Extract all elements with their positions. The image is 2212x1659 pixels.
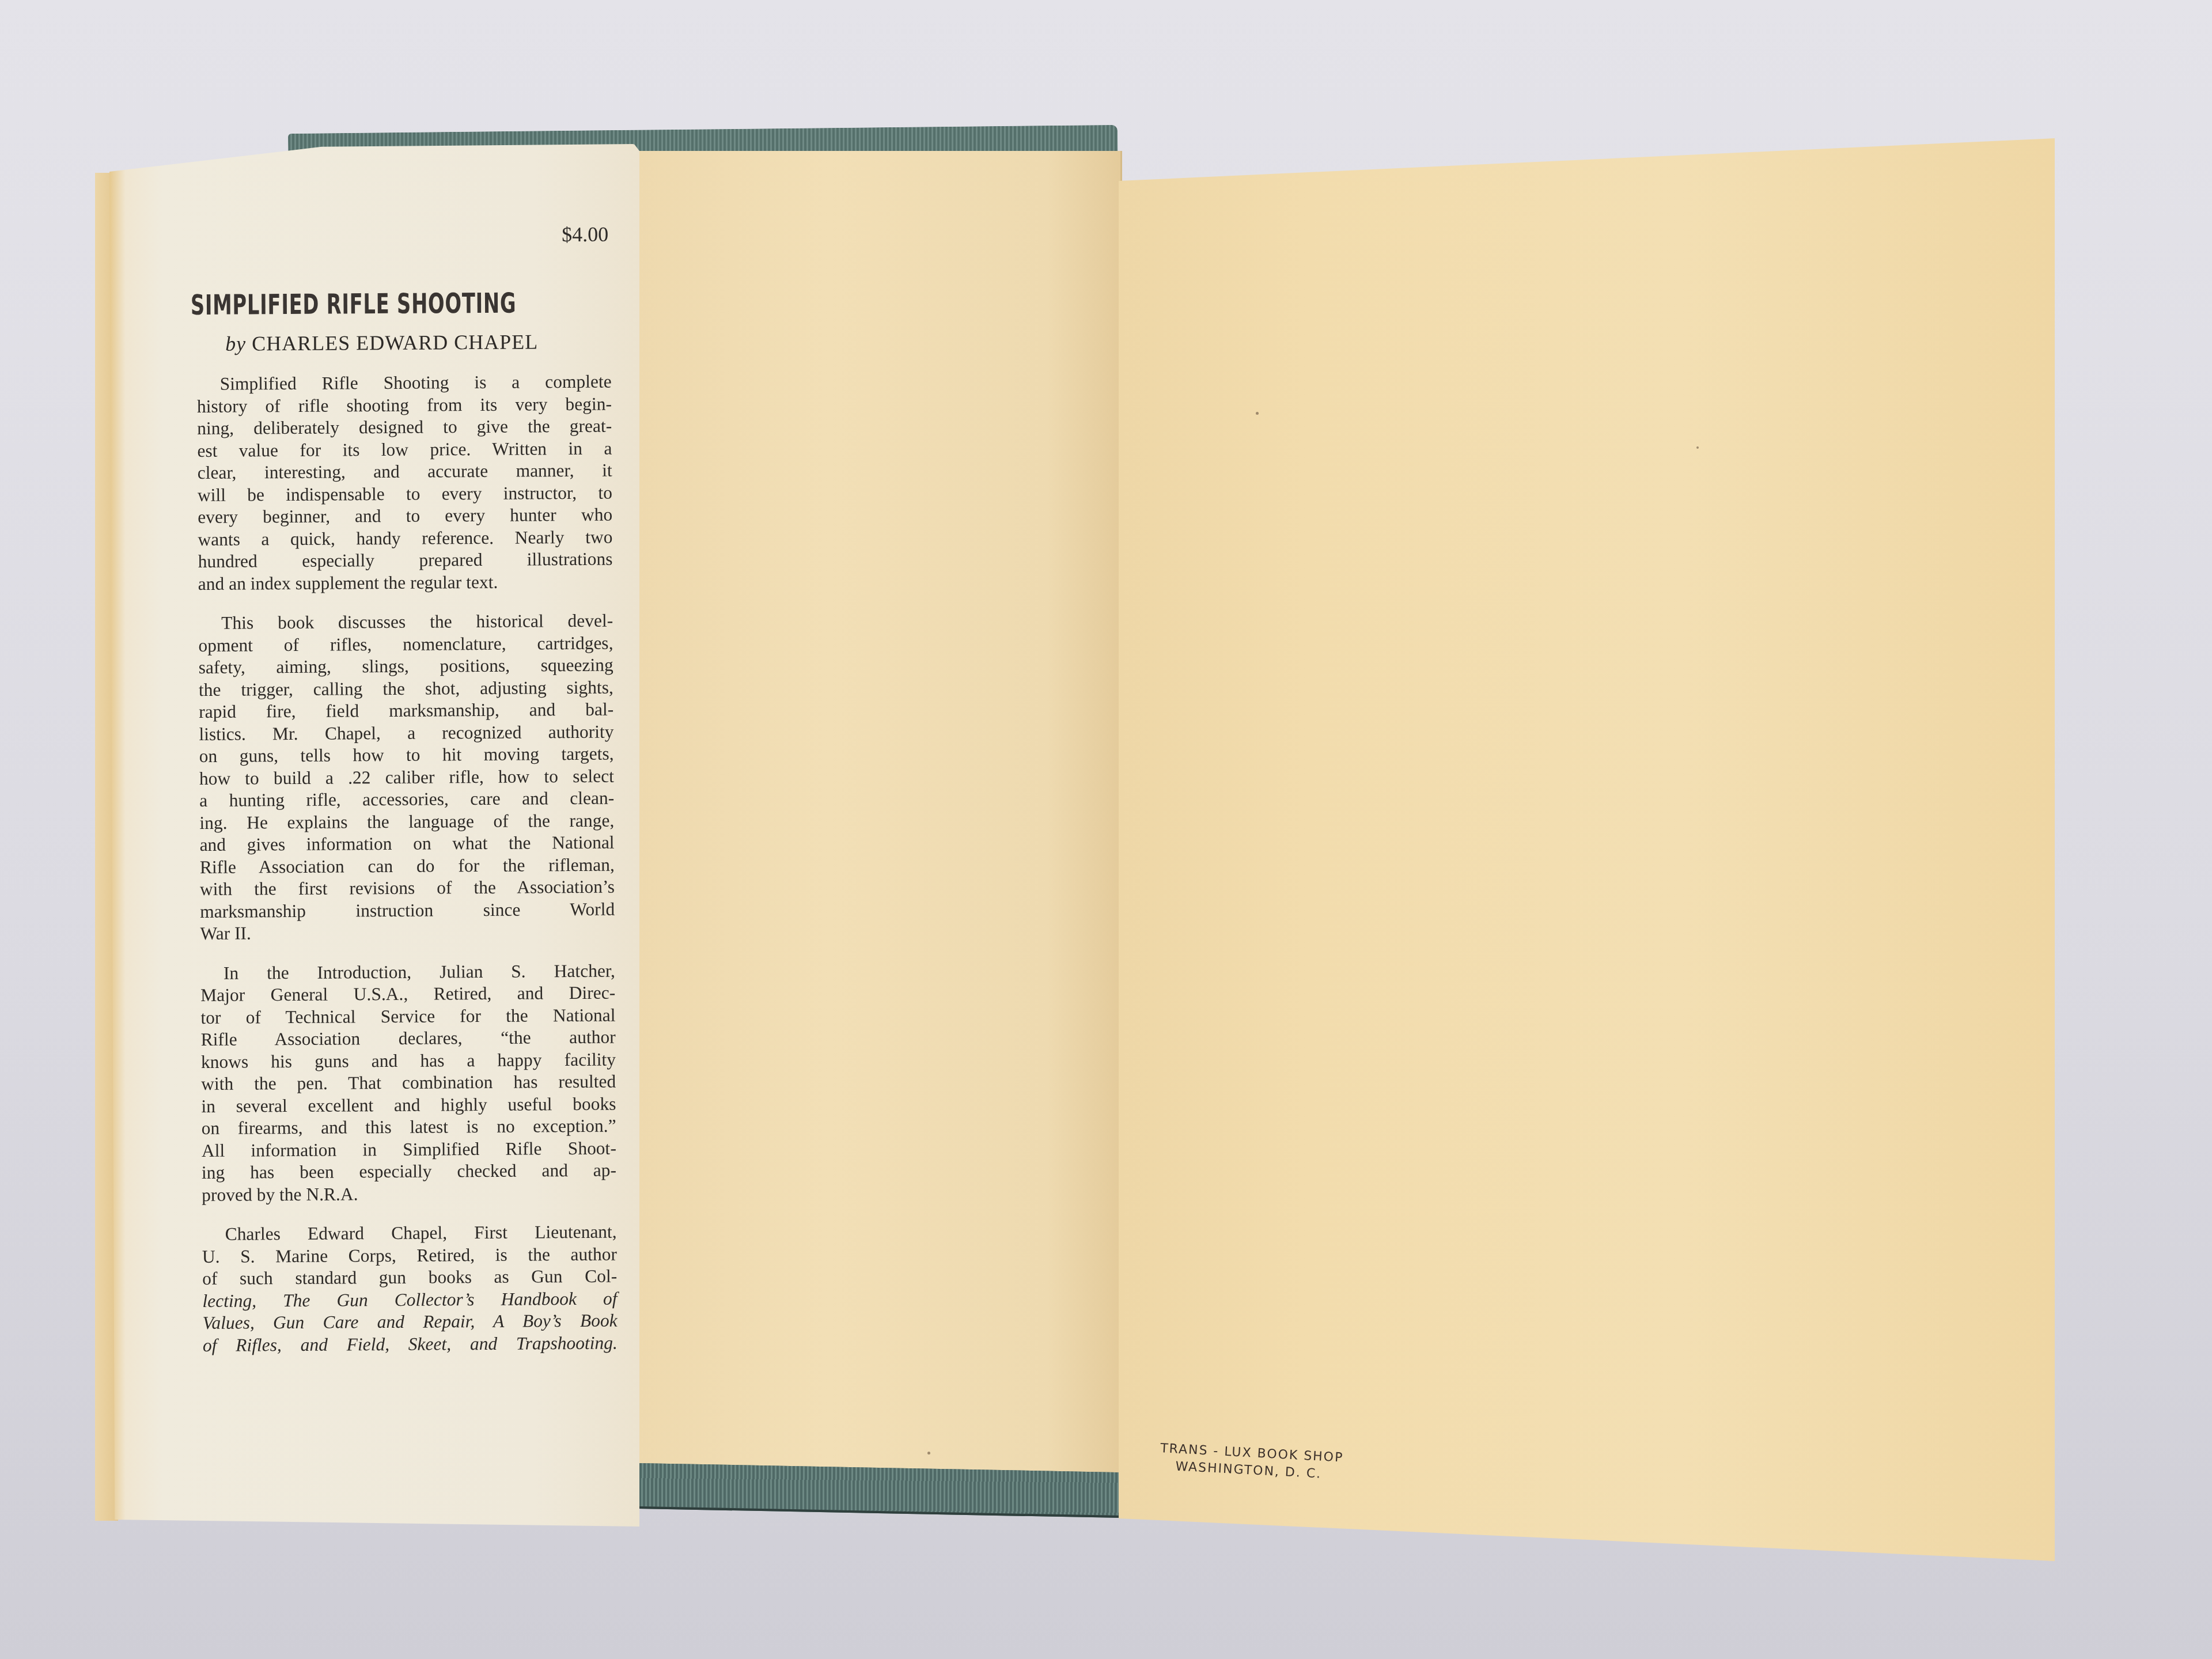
text-line: safety, aiming, slings, positions, squee… [199, 654, 613, 679]
text-line: proved by the N.R.A. [202, 1181, 616, 1206]
text-line: ing has been especially checked and ap- [202, 1160, 616, 1184]
text-line: on guns, tells how to hit moving targets… [199, 743, 614, 768]
byline-prefix: by [225, 332, 246, 355]
text-line: in several excellent and highly useful b… [201, 1093, 616, 1118]
text-line: Major General U.S.A., Retired, and Direc… [200, 982, 615, 1007]
text-line: knows his guns and has a happy facility [201, 1048, 616, 1073]
text-line: of Rifles, and Field, Skeet, and Trapsho… [203, 1332, 618, 1357]
dust-jacket-flap: $4.00 SIMPLIFIED RIFLE SHOOTING by CHARL… [109, 144, 639, 1527]
text-line: In the Introduction, Julian S. Hatcher, [200, 960, 615, 984]
text-line: clear, interesting, and accurate manner,… [198, 460, 612, 484]
price-label: $4.00 [196, 222, 611, 249]
text-line: rapid fire, field marksmanship, and bal- [199, 699, 613, 724]
text-line: Rifle Association can do for the riflema… [200, 854, 615, 878]
text-line: opment of rifles, nomenclature, cartridg… [198, 632, 613, 657]
text-line: with the first revisions of the Associat… [200, 876, 615, 901]
text-line: All information in Simplified Rifle Shoo… [202, 1137, 616, 1162]
text-line: a hunting rifle, accessories, care and c… [199, 787, 614, 812]
blurb-paragraph-3: In the Introduction, Julian S. Hatcher, … [200, 960, 617, 1206]
text-line: lecting, The Gun Collector’s Handbook of [202, 1287, 617, 1312]
open-book: $4.00 SIMPLIFIED RIFLE SHOOTING by CHARL… [0, 0, 2212, 1659]
text-line: and an index supplement the regular text… [198, 570, 613, 595]
paper-speck [927, 1452, 930, 1455]
text-line: ing. He explains the language of the ran… [199, 809, 614, 834]
paper-speck [1256, 412, 1259, 415]
text-line: tor of Technical Service for the Nationa… [200, 1004, 615, 1029]
text-line: est value for its low price. Written in … [197, 437, 612, 462]
text-line: ning, deliberately designed to give the … [197, 415, 612, 440]
book-cover-cloth-bottom [638, 1463, 1123, 1518]
text-line: how to build a .22 caliber rifle, how to… [199, 765, 614, 790]
text-line: Values, Gun Care and Repair, A Boy’s Boo… [203, 1310, 618, 1335]
text-line: marksmanship instruction since World [200, 898, 615, 923]
paper-speck [1696, 446, 1699, 449]
text-line: the trigger, calling the shot, adjusting… [199, 676, 613, 701]
text-line: and gives information on what the Nation… [199, 832, 614, 857]
blurb-paragraph-1: Simplified Rifle Shooting is a complete … [197, 371, 613, 595]
free-endpaper-page [1119, 138, 2055, 1561]
author-byline: by CHARLES EDWARD CHAPEL [225, 329, 611, 356]
text-line: Charles Edward Chapel, First Lieutenant, [202, 1221, 617, 1246]
text-line: listics. Mr. Chapel, a recognized author… [199, 721, 613, 745]
text-line: wants a quick, handy reference. Nearly t… [198, 526, 612, 551]
text-line: every beginner, and to every hunter who [198, 504, 612, 529]
text-line: will be indispensable to every instructo… [198, 482, 612, 506]
text-line: of such standard gun books as Gun Col- [202, 1266, 617, 1290]
text-line: Rifle Association declares, “the author [201, 1027, 616, 1051]
book-title: SIMPLIFIED RIFLE SHOOTING [191, 287, 519, 321]
text-line: with the pen. That combination has resul… [201, 1071, 616, 1096]
flap-content: $4.00 SIMPLIFIED RIFLE SHOOTING by CHARL… [196, 222, 618, 1357]
text-line: War II. [200, 921, 615, 945]
author-name: CHARLES EDWARD CHAPEL [252, 330, 538, 355]
text-line: This book discusses the historical devel… [198, 610, 613, 635]
text-line: Simplified Rifle Shooting is a complete [197, 371, 612, 396]
text-line: U. S. Marine Corps, Retired, is the auth… [202, 1243, 617, 1268]
blurb-paragraph-2: This book discusses the historical devel… [198, 610, 615, 945]
text-line: hundred especially prepared illustration… [198, 548, 612, 573]
pastedown-endpaper [634, 151, 1122, 1476]
text-line: on firearms, and this latest is no excep… [201, 1115, 616, 1140]
text-line: history of rifle shooting from its very … [197, 393, 612, 418]
author-bio-paragraph: Charles Edward Chapel, First Lieutenant,… [202, 1221, 618, 1357]
